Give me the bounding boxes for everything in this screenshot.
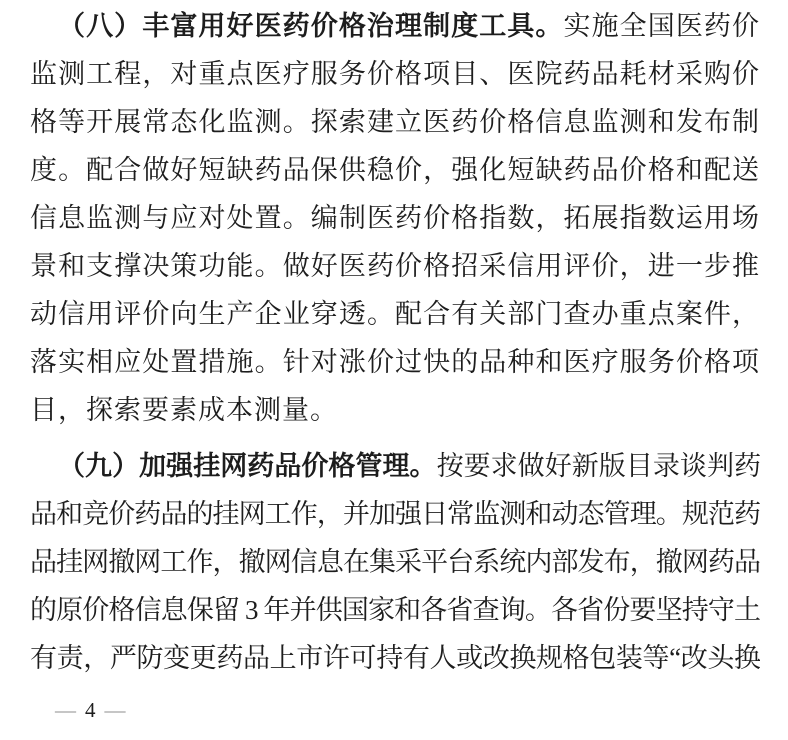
body-text: 格等开展常态化监测。探索建立医药价格信息监测和发布制 xyxy=(30,107,760,137)
clause-heading-text: （九）加强挂网药品价格管理。 xyxy=(58,451,437,481)
text-line: 度。配合做好短缺药品保供稳价，强化短缺药品价格和配送 xyxy=(30,146,760,194)
text-line: 有责，严防变更药品上市许可持有人或改换规格包装等“改头换 xyxy=(30,634,760,682)
document-body: （八）丰富用好医药价格治理制度工具。实施全国医药价格监测工程，对重点医疗服务价格… xyxy=(30,2,760,682)
paragraph-item-8: （八）丰富用好医药价格治理制度工具。实施全国医药价格监测工程，对重点医疗服务价格… xyxy=(30,2,760,434)
paragraph-item-9: （九）加强挂网药品价格管理。按要求做好新版目录谈判药品和竞价药品的挂网工作，并加… xyxy=(30,442,760,682)
body-text: 目，探索要素成本测量。 xyxy=(30,395,338,425)
page-number: 4 xyxy=(85,698,96,722)
body-text: 信息监测与应对处置。编制医药价格指数，拓展指数运用场 xyxy=(30,203,760,233)
text-line: 监测工程，对重点医疗服务价格项目、医院药品耗材采购价 xyxy=(30,50,760,98)
page-footer: —4— xyxy=(55,698,760,722)
body-text: 按要求做好新版目录谈判药 xyxy=(437,451,760,481)
text-line: 信息监测与应对处置。编制医药价格指数，拓展指数运用场 xyxy=(30,194,760,242)
clause-heading-text: （八）丰富用好医药价格治理制度工具。 xyxy=(58,11,564,41)
body-text: 度。配合做好短缺药品保供稳价，强化短缺药品价格和配送 xyxy=(30,155,760,185)
text-line: 品挂网撤网工作，撤网信息在集采平台系统内部发布，撤网药品 xyxy=(30,538,760,586)
text-line: 动信用评价向生产企业穿透。配合有关部门查办重点案件， xyxy=(30,290,760,338)
document-page: （八）丰富用好医药价格治理制度工具。实施全国医药价格监测工程，对重点医疗服务价格… xyxy=(0,0,788,740)
text-line: （九）加强挂网药品价格管理。按要求做好新版目录谈判药 xyxy=(30,442,760,490)
body-text: 监测工程，对重点医疗服务价格项目、医院药品耗材采购价 xyxy=(30,59,760,89)
footer-dash-left: — xyxy=(55,698,76,722)
body-text: 品和竞价药品的挂网工作，并加强日常监测和动态管理。规范药 xyxy=(30,499,760,529)
body-text: 动信用评价向生产企业穿透。配合有关部门查办重点案件， xyxy=(30,299,760,329)
body-text: 有责，严防变更药品上市许可持有人或改换规格包装等“改头换 xyxy=(30,643,760,673)
text-line: 落实相应处置措施。针对涨价过快的品种和医疗服务价格项 xyxy=(30,338,760,386)
body-text: 落实相应处置措施。针对涨价过快的品种和医疗服务价格项 xyxy=(30,347,760,377)
text-line: （八）丰富用好医药价格治理制度工具。实施全国医药价格 xyxy=(30,2,760,50)
footer-dash-right: — xyxy=(105,698,126,722)
body-text: 品挂网撤网工作，撤网信息在集采平台系统内部发布，撤网药品 xyxy=(30,547,760,577)
text-line: 的原价格信息保留 3 年并供国家和各省查询。各省份要坚持守土 xyxy=(30,586,760,634)
text-line: 景和支撑决策功能。做好医药价格招采信用评价，进一步推 xyxy=(30,242,760,290)
body-text: 景和支撑决策功能。做好医药价格招采信用评价，进一步推 xyxy=(30,251,760,281)
body-text: 的原价格信息保留 3 年并供国家和各省查询。各省份要坚持守土 xyxy=(30,595,760,625)
text-line: 格等开展常态化监测。探索建立医药价格信息监测和发布制 xyxy=(30,98,760,146)
text-line: 目，探索要素成本测量。 xyxy=(30,386,760,434)
text-line: 品和竞价药品的挂网工作，并加强日常监测和动态管理。规范药 xyxy=(30,490,760,538)
